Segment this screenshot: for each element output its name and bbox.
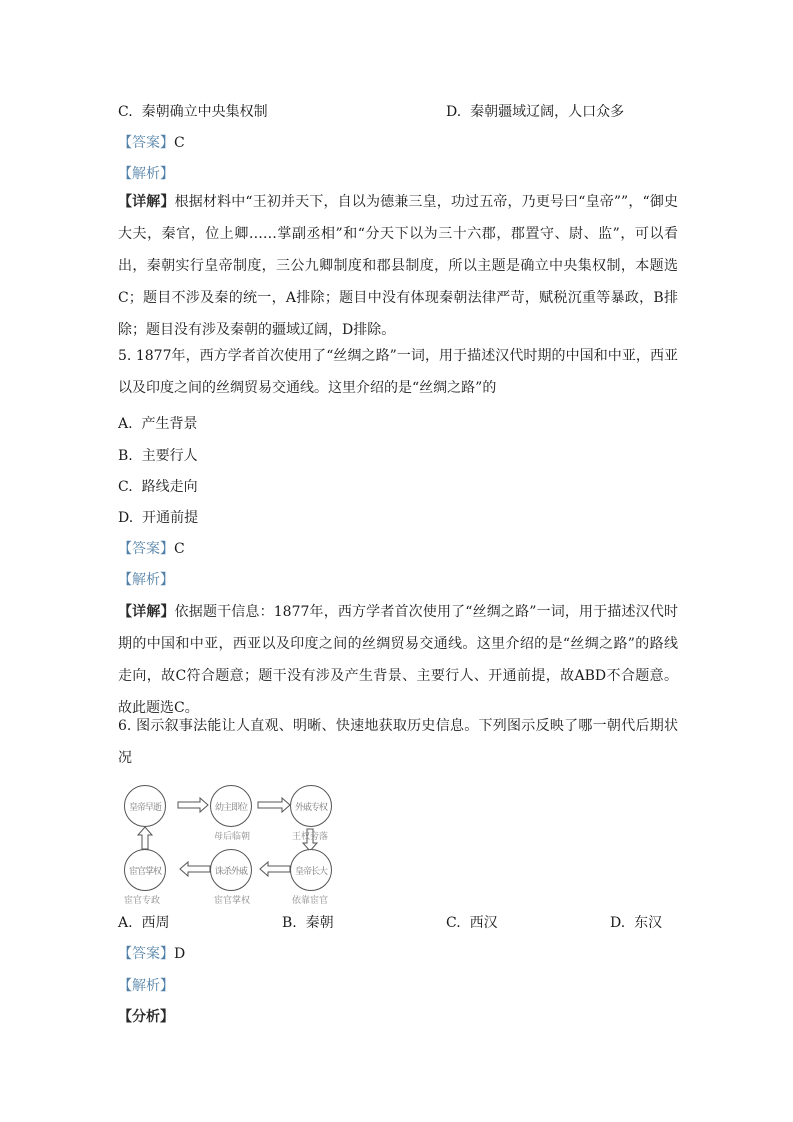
q6-option-b: B. 秦朝 [282, 913, 446, 933]
q5-option-b: B. 主要行人 [118, 446, 198, 466]
q6-stem: 6. 图示叙事法能让人直观、明晰、快速地获取历史信息。下列图示反映了哪一朝代后期… [118, 710, 678, 774]
detail-text: 根据材料中“王初并天下，自以为德兼三皇，功过五帝，乃更号曰“皇帝””，“御史大夫… [118, 194, 678, 338]
detail-label: 【详解】 [118, 194, 175, 210]
diagram-sub-6: 宦官专政 [124, 893, 160, 906]
q6-option-a: A. 西周 [118, 913, 282, 933]
q4-detail: 【详解】根据材料中“王初并天下，自以为德兼三皇，功过五帝，乃更号曰“皇帝””，“… [118, 186, 678, 346]
q5-option-c: C. 路线走向 [118, 477, 198, 497]
q6-answer: 【答案】D [118, 944, 185, 964]
diagram-node-3: 外戚专权 [290, 785, 332, 827]
q5-detail: 【详解】依据题干信息：1877年，西方学者首次使用了“丝绸之路”一词，用于描述汉… [118, 596, 678, 724]
diagram-sub-5: 宦官掌权 [214, 893, 250, 906]
q4-options-row: C. 秦朝确立中央集权制 D. 秦朝疆域辽阔，人口众多 [118, 102, 698, 122]
q5-option-a: A. 产生背景 [118, 414, 197, 434]
q5-answer: 【答案】C [118, 539, 185, 559]
diagram-node-6: 宦官掌权 [124, 849, 166, 891]
q6-fenxi-label: 【分析】 [118, 1007, 174, 1027]
answer-value: C [174, 135, 185, 151]
q4-analysis-label: 【解析】 [118, 164, 174, 184]
q5-analysis-label: 【解析】 [118, 570, 174, 590]
diagram-node-5: 诛杀外戚 [210, 849, 252, 891]
q4-option-c: C. 秦朝确立中央集权制 [118, 102, 446, 122]
q5-option-d: D. 开通前提 [118, 508, 198, 528]
q4-answer: 【答案】C [118, 133, 185, 153]
q6-option-d: D. 东汉 [610, 913, 662, 933]
diagram-node-4: 皇帝长大 [290, 849, 332, 891]
q4-option-d: D. 秦朝疆域辽阔，人口众多 [446, 102, 624, 122]
diagram-sub-3: 王权旁落 [292, 829, 328, 842]
q6-analysis-label: 【解析】 [118, 976, 174, 996]
diagram-node-1: 皇帝早逝 [124, 785, 166, 827]
q6-option-c: C. 西汉 [446, 913, 610, 933]
diagram-sub-4: 依靠宦官 [292, 893, 328, 906]
q5-stem: 5. 1877年，西方学者首次使用了“丝绸之路”一词，用于描述汉代时期的中国和中… [118, 340, 678, 404]
diagram-node-2: 幼主即位 [210, 785, 252, 827]
q6-cycle-diagram: 皇帝早逝 幼主即位 母后临朝 外戚专权 王权旁落 皇帝长大 依靠宦官 诛杀外戚 … [120, 785, 350, 905]
diagram-sub-2: 母后临朝 [214, 829, 250, 842]
answer-label: 【答案】 [118, 135, 174, 151]
q6-options-row: A. 西周 B. 秦朝 C. 西汉 D. 东汉 [118, 913, 698, 933]
